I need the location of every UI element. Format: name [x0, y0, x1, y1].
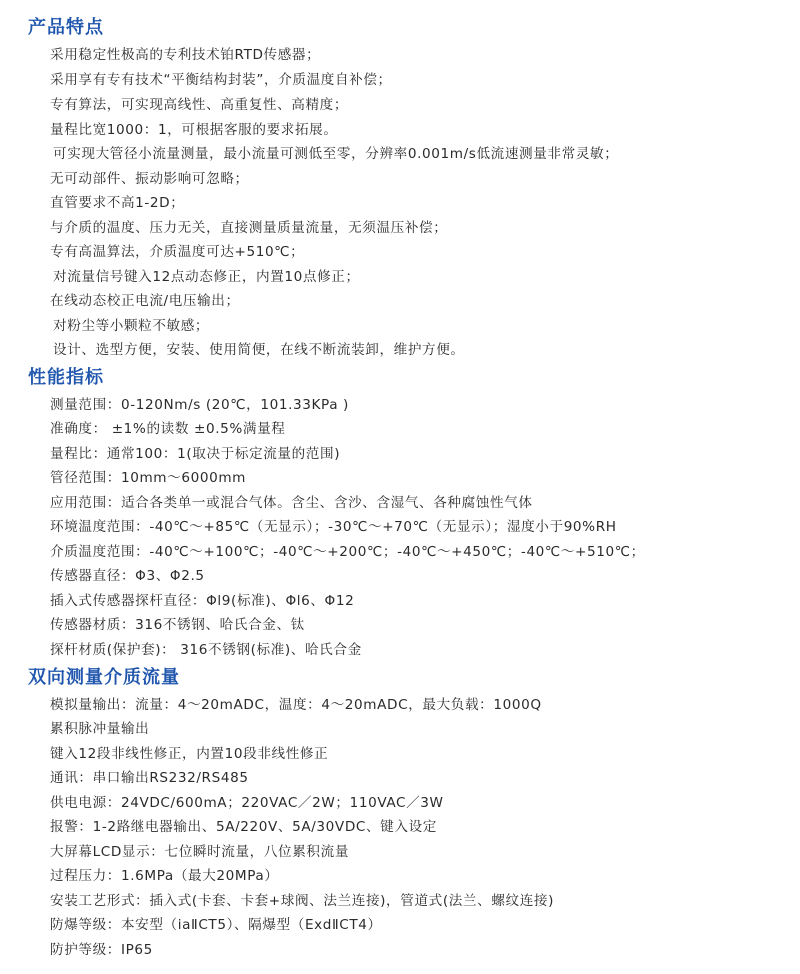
- feature-item: 对流量信号键入12点动态修正，内置10点修正；: [53, 268, 360, 286]
- spec-item: 探杆材质(保护套)： 316不锈钢(标准)、哈氏合金: [50, 641, 362, 659]
- spec-item: 防护等级：IP65: [50, 941, 153, 959]
- feature-item: 量程比宽1000：1，可根据客服的要求拓展。: [50, 121, 338, 139]
- feature-item: 设计、选型方便，安装、使用简便，在线不断流装卸，维护方便。: [53, 341, 465, 359]
- spec-item: 防爆等级：本安型（iaⅡCT5）、隔爆型（ExdⅡCT4）: [50, 916, 382, 934]
- feature-item: 采用稳定性极高的专利技术铂RTD传感器；: [50, 46, 320, 64]
- feature-item: 直管要求不高1-2D；: [50, 194, 184, 212]
- feature-item: 专有算法，可实现高线性、高重复性、高精度；: [50, 96, 348, 114]
- spec-item: 环境温度范围：-40℃～+85℃（无显示）；-30℃～+70℃（无显示）；湿度小…: [50, 518, 617, 536]
- spec-item: 报警：1-2路继电器输出、5A/220V、5A/30VDC、键入设定: [50, 818, 437, 836]
- section-title-performance: 性能指标: [28, 367, 104, 389]
- spec-item: 插入式传感器探杆直径：Φl9(标准)、Φl6、Φ12: [50, 592, 354, 610]
- spec-item: 传感器直径：Φ3、Φ2.5: [50, 567, 205, 585]
- spec-item: 测量范围：0-120Nm/s (20℃，101.33KPa ): [50, 396, 349, 414]
- spec-item: 过程压力：1.6MPa（最大20MPa）: [50, 867, 279, 885]
- section-title-bidirectional: 双向测量介质流量: [28, 667, 180, 689]
- spec-item: 大屏幕LCD显示：七位瞬时流量，八位累积流量: [50, 843, 349, 861]
- spec-item: 通讯：串口输出RS232/RS485: [50, 769, 249, 787]
- spec-item: 传感器材质：316不锈钢、哈氏合金、钛: [50, 616, 305, 634]
- feature-item: 专有高温算法，介质温度可达+510℃；: [50, 243, 304, 261]
- spec-item: 累积脉冲量输出: [50, 720, 149, 738]
- spec-item: 量程比：通常100：1(取决于标定流量的范围): [50, 445, 340, 463]
- spec-item: 管径范围：10mm～6000mm: [50, 469, 246, 487]
- feature-item: 无可动部件、振动影响可忽略；: [50, 170, 249, 188]
- spec-item: 安装工艺形式：插入式(卡套、卡套+球阀、法兰连接)，管道式(法兰、螺纹连接): [50, 892, 554, 910]
- feature-item: 对粉尘等小颗粒不敏感；: [53, 317, 209, 335]
- spec-item: 介质温度范围：-40℃～+100℃；-40℃～+200℃；-40℃～+450℃；…: [50, 543, 645, 561]
- feature-item: 在线动态校正电流/电压输出；: [50, 292, 240, 310]
- feature-item: 与介质的温度、压力无关，直接测量质量流量，无须温压补偿；: [50, 219, 447, 237]
- spec-item: 应用范围：适合各类单一或混合气体。含尘、含沙、含湿气、各种腐蚀性气体: [50, 494, 533, 512]
- feature-item: 采用享有专有技术“平衡结构封装”，介质温度自补偿；: [50, 71, 392, 89]
- spec-item: 供电电源：24VDC/600mA；220VAC／2W；110VAC／3W: [50, 794, 444, 812]
- spec-item: 准确度： ±1%的读数 ±0.5%满量程: [50, 420, 285, 438]
- section-title-features: 产品特点: [28, 17, 104, 39]
- feature-item: 可实现大管径小流量测量，最小流量可测低至零，分辨率0.001m/s低流速测量非常…: [53, 145, 618, 163]
- spec-item: 键入12段非线性修正，内置10段非线性修正: [50, 745, 328, 763]
- spec-item: 模拟量输出：流量：4～20mADC，温度：4～20mADC，最大负载：1000Q: [50, 696, 542, 714]
